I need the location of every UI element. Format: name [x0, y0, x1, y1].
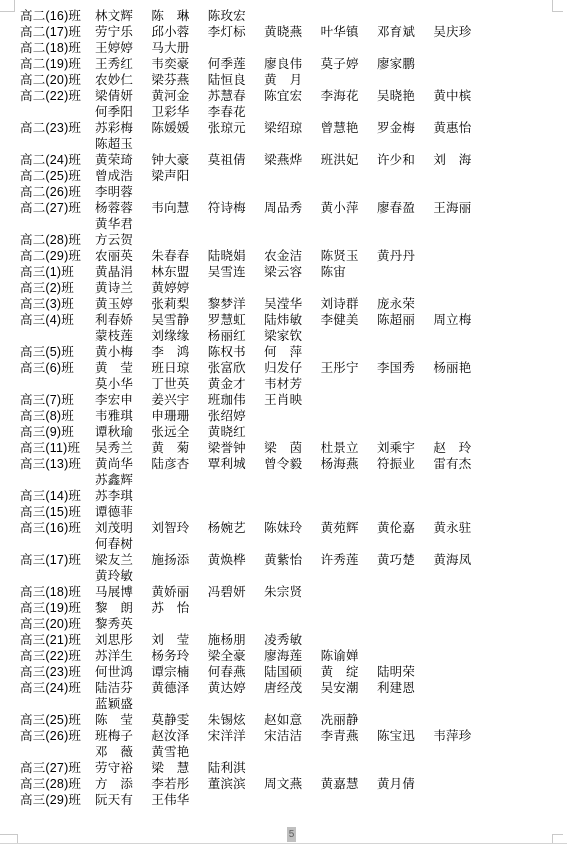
roster-row: 苏鑫辉 — [20, 472, 490, 488]
roster-row: 高二(29)班农丽英朱春春陆晓娟农金洁陈贤玉黄丹丹 — [20, 248, 490, 264]
student-name: 王婷婷 — [95, 40, 151, 56]
student-name: 施杨朋 — [208, 632, 264, 648]
student-name: 黄玲敏 — [95, 568, 151, 584]
student-name: 廖良伟 — [264, 56, 320, 72]
student-name: 刘缘缘 — [151, 328, 207, 344]
student-name: 梁云容 — [264, 264, 320, 280]
roster-row: 高三(6)班黄 莹班日琼张富欣归发仔王彤宁李国秀杨丽艳 — [20, 360, 490, 376]
roster-row: 高三(9)班谭秋瑜张远全黄晓红 — [20, 424, 490, 440]
student-name: 朱宗贤 — [264, 584, 320, 600]
student-name: 陆明荣 — [377, 664, 433, 680]
student-name: 黄苑辉 — [321, 520, 377, 536]
student-name: 姜兴宇 — [151, 392, 207, 408]
student-name: 黄巧楚 — [377, 552, 433, 568]
student-name: 黄尚华 — [95, 456, 151, 472]
student-name: 李国秀 — [377, 360, 433, 376]
student-name: 钟大豪 — [151, 152, 207, 168]
student-name: 黄中槟 — [433, 88, 489, 104]
student-name: 陈超玉 — [95, 136, 151, 152]
student-name: 罗慧虹 — [208, 312, 264, 328]
class-label: 高三(6)班 — [20, 360, 95, 376]
student-name: 黄金才 — [208, 376, 264, 392]
student-name: 刘智玲 — [151, 520, 207, 536]
student-name: 韦奕豪 — [151, 56, 207, 72]
student-name: 施扬添 — [151, 552, 207, 568]
student-name: 归发仔 — [264, 360, 320, 376]
student-name: 陈妹玲 — [264, 520, 320, 536]
page-bottom-boundary-line — [0, 843, 567, 844]
student-name: 黄娇丽 — [151, 584, 207, 600]
class-label: 高三(27)班 — [20, 760, 95, 776]
class-label: 高三(24)班 — [20, 680, 95, 696]
student-name: 王海丽 — [433, 200, 489, 216]
student-name: 谭宗楠 — [151, 664, 207, 680]
student-name: 李 鸿 — [151, 344, 207, 360]
class-label: 高三(16)班 — [20, 520, 95, 536]
student-name: 农金洁 — [264, 248, 320, 264]
student-name: 陈 琳 — [151, 8, 207, 24]
student-name: 杨海燕 — [321, 456, 377, 472]
roster-row: 黄华君 — [20, 216, 490, 232]
roster-row: 高二(26)班李明蓉 — [20, 184, 490, 200]
student-name: 邱小蓉 — [151, 24, 207, 40]
student-name: 丁世英 — [151, 376, 207, 392]
class-label: 高三(8)班 — [20, 408, 95, 424]
student-name: 黄诗兰 — [95, 280, 151, 296]
roster-row: 高三(23)班何世鸿谭宗楠何春燕陆国硕黄 绽陆明荣 — [20, 664, 490, 680]
student-name: 许秀莲 — [321, 552, 377, 568]
student-name: 赵汝泽 — [151, 728, 207, 744]
student-name: 陆国硕 — [264, 664, 320, 680]
roster-row: 高三(13)班黄尚华陆彦杏覃利城曾令毅杨海燕符振业雷有杰 — [20, 456, 490, 472]
student-name: 何 萍 — [264, 344, 320, 360]
class-label — [20, 568, 95, 584]
class-label: 高三(28)班 — [20, 776, 95, 792]
student-name: 杨务玲 — [151, 648, 207, 664]
student-name: 凌秀敏 — [264, 632, 320, 648]
roster-row: 何春树 — [20, 536, 490, 552]
student-name: 方 添 — [95, 776, 151, 792]
student-name: 何春燕 — [208, 664, 264, 680]
class-label: 高二(25)班 — [20, 168, 95, 184]
student-name: 李若彤 — [151, 776, 207, 792]
roster-row: 高三(16)班刘茂明刘智玲杨婉艺陈妹玲黄苑辉黄伦嘉黄永驻 — [20, 520, 490, 536]
roster-row: 高二(16)班林文辉陈 琳陈玫宏 — [20, 8, 490, 24]
student-name: 吴安潮 — [321, 680, 377, 696]
roster-row: 高三(8)班韦雅琪申珊珊张绍婷 — [20, 408, 490, 424]
student-name: 农妙仁 — [95, 72, 151, 88]
student-name: 班珈伟 — [208, 392, 264, 408]
student-name: 杨丽红 — [208, 328, 264, 344]
student-name: 张琼元 — [208, 120, 264, 136]
student-name: 陆晓娟 — [208, 248, 264, 264]
document-page[interactable]: 高二(16)班林文辉陈 琳陈玫宏高二(17)班劳宁乐邱小蓉李灯标黄晓燕叶华镇邓育… — [0, 0, 567, 846]
class-label: 高二(23)班 — [20, 120, 95, 136]
class-label: 高二(17)班 — [20, 24, 95, 40]
student-name: 黄德泽 — [151, 680, 207, 696]
student-name: 吴雪静 — [151, 312, 207, 328]
student-name: 梁家钦 — [264, 328, 320, 344]
roster-row: 高三(27)班劳守裕梁 慧陆利淇 — [20, 760, 490, 776]
student-name: 梁芬燕 — [151, 72, 207, 88]
student-name: 杨蓉蓉 — [95, 200, 151, 216]
student-name: 何春树 — [95, 536, 151, 552]
roster-row: 高二(24)班黄荣琦钟大豪莫祖倩梁燕烨班洪妃许少和刘 海 — [20, 152, 490, 168]
class-label: 高二(16)班 — [20, 8, 95, 24]
student-name: 韦向慧 — [151, 200, 207, 216]
student-name: 廖家鹏 — [377, 56, 433, 72]
student-name: 马展博 — [95, 584, 151, 600]
class-label: 高二(24)班 — [20, 152, 95, 168]
roster-row: 高二(18)班王婷婷马大册 — [20, 40, 490, 56]
class-label: 高三(18)班 — [20, 584, 95, 600]
class-label: 高三(22)班 — [20, 648, 95, 664]
class-label: 高三(13)班 — [20, 456, 95, 472]
student-name: 李青燕 — [321, 728, 377, 744]
class-label: 高三(29)班 — [20, 792, 95, 808]
roster-row: 高二(20)班农妙仁梁芬燕陆恒良黄 月 — [20, 72, 490, 88]
class-label: 高二(27)班 — [20, 200, 95, 216]
roster-row: 高二(28)班方云贺 — [20, 232, 490, 248]
student-name: 梁友兰 — [95, 552, 151, 568]
class-label — [20, 472, 95, 488]
student-name: 董滨滨 — [208, 776, 264, 792]
student-name: 张富欣 — [208, 360, 264, 376]
student-name: 叶华镇 — [321, 24, 377, 40]
student-name: 梁声阳 — [151, 168, 207, 184]
student-name: 苏慧春 — [208, 88, 264, 104]
student-name: 林文辉 — [95, 8, 151, 24]
student-name: 梁全豪 — [208, 648, 264, 664]
student-name: 黄紫怡 — [264, 552, 320, 568]
student-name: 吴秀兰 — [95, 440, 151, 456]
roster-row: 高二(22)班梁倩妍黄河金苏慧春陈宜宏李海花吴晓艳黄中槟 — [20, 88, 490, 104]
class-label: 高三(14)班 — [20, 488, 95, 504]
student-name: 黄焕桦 — [208, 552, 264, 568]
student-name: 梁燕烨 — [264, 152, 320, 168]
student-name: 苏彩梅 — [95, 120, 151, 136]
student-name: 利建恩 — [377, 680, 433, 696]
student-name: 刘思彤 — [95, 632, 151, 648]
roster-row: 何季阳卫彩华李春花 — [20, 104, 490, 120]
student-name: 黄雪艳 — [151, 744, 207, 760]
student-name: 卫彩华 — [151, 104, 207, 120]
class-label — [20, 376, 95, 392]
student-name: 黄 绽 — [321, 664, 377, 680]
student-name: 赵 玲 — [433, 440, 489, 456]
class-label: 高二(19)班 — [20, 56, 95, 72]
student-name: 陈 莹 — [95, 712, 151, 728]
student-name: 黄惠怡 — [433, 120, 489, 136]
student-name: 曾慧艳 — [321, 120, 377, 136]
roster-row: 陈超玉 — [20, 136, 490, 152]
footer-page-number-field: 5 — [287, 827, 296, 842]
roster-row: 高三(17)班梁友兰施扬添黄焕桦黄紫怡许秀莲黄巧楚黄海凤 — [20, 552, 490, 568]
student-name: 马大册 — [151, 40, 207, 56]
roster-row: 高三(3)班黄玉婷张莉梨黎梦洋吴滢华刘诗群庞永荣 — [20, 296, 490, 312]
student-name: 吴雪连 — [208, 264, 264, 280]
student-name: 黄 菊 — [151, 440, 207, 456]
student-name: 宋洁洁 — [264, 728, 320, 744]
roster-row: 高三(25)班陈 莹莫静雯朱锡炫赵如意冼丽静 — [20, 712, 490, 728]
student-name: 符振业 — [377, 456, 433, 472]
student-name: 陆利淇 — [208, 760, 264, 776]
student-name: 陈玫宏 — [208, 8, 264, 24]
student-name: 苏 怡 — [151, 600, 207, 616]
student-name: 周立梅 — [433, 312, 489, 328]
student-name: 张绍婷 — [208, 408, 264, 424]
student-name: 黄晓红 — [208, 424, 264, 440]
student-name: 黄小萍 — [321, 200, 377, 216]
student-name: 陆恒良 — [208, 72, 264, 88]
student-name: 苏鑫辉 — [95, 472, 151, 488]
student-name: 王秀红 — [95, 56, 151, 72]
student-name: 谭秋瑜 — [95, 424, 151, 440]
student-name: 李宏申 — [95, 392, 151, 408]
student-name: 黄玉婷 — [95, 296, 151, 312]
student-name: 林东盟 — [151, 264, 207, 280]
class-label: 高三(3)班 — [20, 296, 95, 312]
student-name: 陈谕婵 — [321, 648, 377, 664]
student-name: 唐经茂 — [264, 680, 320, 696]
student-name: 蒙枝莲 — [95, 328, 151, 344]
student-name: 王肖映 — [264, 392, 320, 408]
class-roster-table: 高二(16)班林文辉陈 琳陈玫宏高二(17)班劳宁乐邱小蓉李灯标黄晓燕叶华镇邓育… — [20, 8, 490, 808]
margin-crop-mark-top-right — [552, 0, 563, 12]
student-name: 苏洋生 — [95, 648, 151, 664]
roster-row: 高三(29)班阮天有王伟华 — [20, 792, 490, 808]
student-name: 黄海凤 — [433, 552, 489, 568]
class-label: 高三(17)班 — [20, 552, 95, 568]
class-label: 高二(29)班 — [20, 248, 95, 264]
student-name: 陈媛媛 — [151, 120, 207, 136]
roster-row: 高二(27)班杨蓉蓉韦向慧符诗梅周品秀黄小萍廖春盈王海丽 — [20, 200, 490, 216]
class-label: 高三(4)班 — [20, 312, 95, 328]
roster-row: 高三(7)班李宏申姜兴宇班珈伟王肖映 — [20, 392, 490, 408]
roster-row: 高三(2)班黄诗兰黄婷婷 — [20, 280, 490, 296]
roster-row: 高三(21)班刘思彤刘 莹施杨朋凌秀敏 — [20, 632, 490, 648]
student-name: 谭德菲 — [95, 504, 151, 520]
class-label: 高三(25)班 — [20, 712, 95, 728]
student-name: 黄婷婷 — [151, 280, 207, 296]
student-name: 韦雅琪 — [95, 408, 151, 424]
student-name: 黄晶涓 — [95, 264, 151, 280]
student-name: 莫祖倩 — [208, 152, 264, 168]
student-name: 黄嘉慧 — [321, 776, 377, 792]
student-name: 赵如意 — [264, 712, 320, 728]
roster-row: 邓 薇黄雪艳 — [20, 744, 490, 760]
student-name: 廖春盈 — [377, 200, 433, 216]
student-name: 黎梦洋 — [208, 296, 264, 312]
class-label: 高三(20)班 — [20, 616, 95, 632]
student-name: 曾成浩 — [95, 168, 151, 184]
student-name: 莫子婷 — [321, 56, 377, 72]
student-name: 冯碧妍 — [208, 584, 264, 600]
student-name: 陈贤玉 — [321, 248, 377, 264]
student-name: 刘 莹 — [151, 632, 207, 648]
student-name: 覃利城 — [208, 456, 264, 472]
student-name: 莫静雯 — [151, 712, 207, 728]
student-name: 陈超丽 — [377, 312, 433, 328]
student-name: 黎秀英 — [95, 616, 151, 632]
roster-row: 高三(18)班马展博黄娇丽冯碧妍朱宗贤 — [20, 584, 490, 600]
roster-row: 高二(25)班曾成浩梁声阳 — [20, 168, 490, 184]
class-label: 高二(28)班 — [20, 232, 95, 248]
student-name: 朱锡炫 — [208, 712, 264, 728]
student-name: 利春娇 — [95, 312, 151, 328]
roster-row: 高三(28)班方 添李若彤董滨滨周文燕黄嘉慧黄月倩 — [20, 776, 490, 792]
student-name: 邓育斌 — [377, 24, 433, 40]
student-name: 蓝颖盛 — [95, 696, 151, 712]
roster-row: 高三(19)班黎 朗苏 怡 — [20, 600, 490, 616]
student-name: 黄永驻 — [433, 520, 489, 536]
student-name: 黄 月 — [264, 72, 320, 88]
student-name: 韦材芳 — [264, 376, 320, 392]
student-name: 苏李琪 — [95, 488, 151, 504]
class-label — [20, 136, 95, 152]
roster-row: 蒙枝莲刘缘缘杨丽红梁家钦 — [20, 328, 490, 344]
student-name: 周品秀 — [264, 200, 320, 216]
student-name: 陆彦杏 — [151, 456, 207, 472]
student-name: 许少和 — [377, 152, 433, 168]
class-label: 高三(7)班 — [20, 392, 95, 408]
student-name: 刘诗群 — [321, 296, 377, 312]
student-name: 冼丽静 — [321, 712, 377, 728]
student-name: 班洪妃 — [321, 152, 377, 168]
student-name: 李灯标 — [208, 24, 264, 40]
student-name: 吴晓艳 — [377, 88, 433, 104]
class-label — [20, 328, 95, 344]
student-name: 陈宝迅 — [377, 728, 433, 744]
student-name: 李健美 — [321, 312, 377, 328]
student-name: 梁绍琼 — [264, 120, 320, 136]
student-name: 曾令毅 — [264, 456, 320, 472]
student-name: 莫小华 — [95, 376, 151, 392]
roster-row: 高三(4)班利春娇吴雪静罗慧虹陆炜敏李健美陈超丽周立梅 — [20, 312, 490, 328]
student-name: 张莉梨 — [151, 296, 207, 312]
roster-row: 高三(14)班苏李琪 — [20, 488, 490, 504]
roster-row: 高二(23)班苏彩梅陈媛媛张琼元梁绍琼曾慧艳罗金梅黄惠怡 — [20, 120, 490, 136]
roster-row: 高三(26)班班梅子赵汝泽宋洋洋宋洁洁李青燕陈宝迅韦萍珍 — [20, 728, 490, 744]
student-name: 陈宙 — [321, 264, 377, 280]
class-label — [20, 696, 95, 712]
student-name: 黄伦嘉 — [377, 520, 433, 536]
class-label: 高二(20)班 — [20, 72, 95, 88]
student-name: 黄小梅 — [95, 344, 151, 360]
student-name: 阮天有 — [95, 792, 151, 808]
student-name: 陆洁芬 — [95, 680, 151, 696]
class-label — [20, 104, 95, 120]
student-name: 班日琼 — [151, 360, 207, 376]
class-label: 高三(23)班 — [20, 664, 95, 680]
class-label — [20, 744, 95, 760]
student-name: 王伟华 — [151, 792, 207, 808]
student-name: 黄河金 — [151, 88, 207, 104]
student-name: 班梅子 — [95, 728, 151, 744]
roster-row: 黄玲敏 — [20, 568, 490, 584]
roster-row: 高二(17)班劳宁乐邱小蓉李灯标黄晓燕叶华镇邓育斌吴庆珍 — [20, 24, 490, 40]
student-name: 韦萍珍 — [433, 728, 489, 744]
student-name: 雷有杰 — [433, 456, 489, 472]
student-name: 劳守裕 — [95, 760, 151, 776]
class-label: 高三(26)班 — [20, 728, 95, 744]
roster-row: 高三(11)班吴秀兰黄 菊梁誉钟梁 茵杜景立刘乘宇赵 玲 — [20, 440, 490, 456]
student-name: 刘 海 — [433, 152, 489, 168]
student-name: 何季莲 — [208, 56, 264, 72]
class-label: 高三(1)班 — [20, 264, 95, 280]
student-name: 宋洋洋 — [208, 728, 264, 744]
class-label: 高二(22)班 — [20, 88, 95, 104]
student-name: 何世鸿 — [95, 664, 151, 680]
student-name: 申珊珊 — [151, 408, 207, 424]
student-name: 黄达婷 — [208, 680, 264, 696]
student-name: 陈权书 — [208, 344, 264, 360]
student-name: 朱春春 — [151, 248, 207, 264]
class-label — [20, 536, 95, 552]
roster-row: 高三(1)班黄晶涓林东盟吴雪连梁云容陈宙 — [20, 264, 490, 280]
student-name: 劳宁乐 — [95, 24, 151, 40]
student-name: 罗金梅 — [377, 120, 433, 136]
roster-row: 高二(19)班王秀红韦奕豪何季莲廖良伟莫子婷廖家鹏 — [20, 56, 490, 72]
student-name: 杜景立 — [321, 440, 377, 456]
student-name: 符诗梅 — [208, 200, 264, 216]
student-name: 邓 薇 — [95, 744, 151, 760]
class-label: 高三(9)班 — [20, 424, 95, 440]
student-name: 杨婉艺 — [208, 520, 264, 536]
margin-crop-mark-top-left — [0, 0, 15, 12]
class-label: 高三(21)班 — [20, 632, 95, 648]
student-name: 黄华君 — [95, 216, 151, 232]
student-name: 王彤宁 — [321, 360, 377, 376]
class-label: 高二(18)班 — [20, 40, 95, 56]
student-name: 梁 慧 — [151, 760, 207, 776]
student-name: 方云贺 — [95, 232, 151, 248]
student-name: 杨丽艳 — [433, 360, 489, 376]
roster-row: 高三(15)班谭德菲 — [20, 504, 490, 520]
student-name: 陈宜宏 — [264, 88, 320, 104]
class-label: 高三(15)班 — [20, 504, 95, 520]
roster-row: 高三(20)班黎秀英 — [20, 616, 490, 632]
student-name: 刘茂明 — [95, 520, 151, 536]
student-name: 李春花 — [208, 104, 264, 120]
student-name: 李海花 — [321, 88, 377, 104]
student-name: 黄荣琦 — [95, 152, 151, 168]
student-name: 刘乘宇 — [377, 440, 433, 456]
class-label — [20, 216, 95, 232]
roster-row: 高三(22)班苏洋生杨务玲梁全豪廖海莲陈谕婵 — [20, 648, 490, 664]
roster-row: 莫小华丁世英黄金才韦材芳 — [20, 376, 490, 392]
student-name: 张远全 — [151, 424, 207, 440]
student-name: 庞永荣 — [377, 296, 433, 312]
student-name: 李明蓉 — [95, 184, 151, 200]
student-name: 周文燕 — [264, 776, 320, 792]
student-name: 黄 莹 — [95, 360, 151, 376]
student-name: 农丽英 — [95, 248, 151, 264]
class-label: 高二(26)班 — [20, 184, 95, 200]
student-name: 陆炜敏 — [264, 312, 320, 328]
student-name: 梁倩妍 — [95, 88, 151, 104]
student-name: 吴滢华 — [264, 296, 320, 312]
student-name: 梁誉钟 — [208, 440, 264, 456]
roster-row: 高三(24)班陆洁芬黄德泽黄达婷唐经茂吴安潮利建恩 — [20, 680, 490, 696]
student-name: 黄月倩 — [377, 776, 433, 792]
student-name: 黄丹丹 — [377, 248, 433, 264]
class-label: 高三(2)班 — [20, 280, 95, 296]
student-name: 何季阳 — [95, 104, 151, 120]
student-name: 黄晓燕 — [264, 24, 320, 40]
student-name: 廖海莲 — [264, 648, 320, 664]
class-label: 高三(19)班 — [20, 600, 95, 616]
